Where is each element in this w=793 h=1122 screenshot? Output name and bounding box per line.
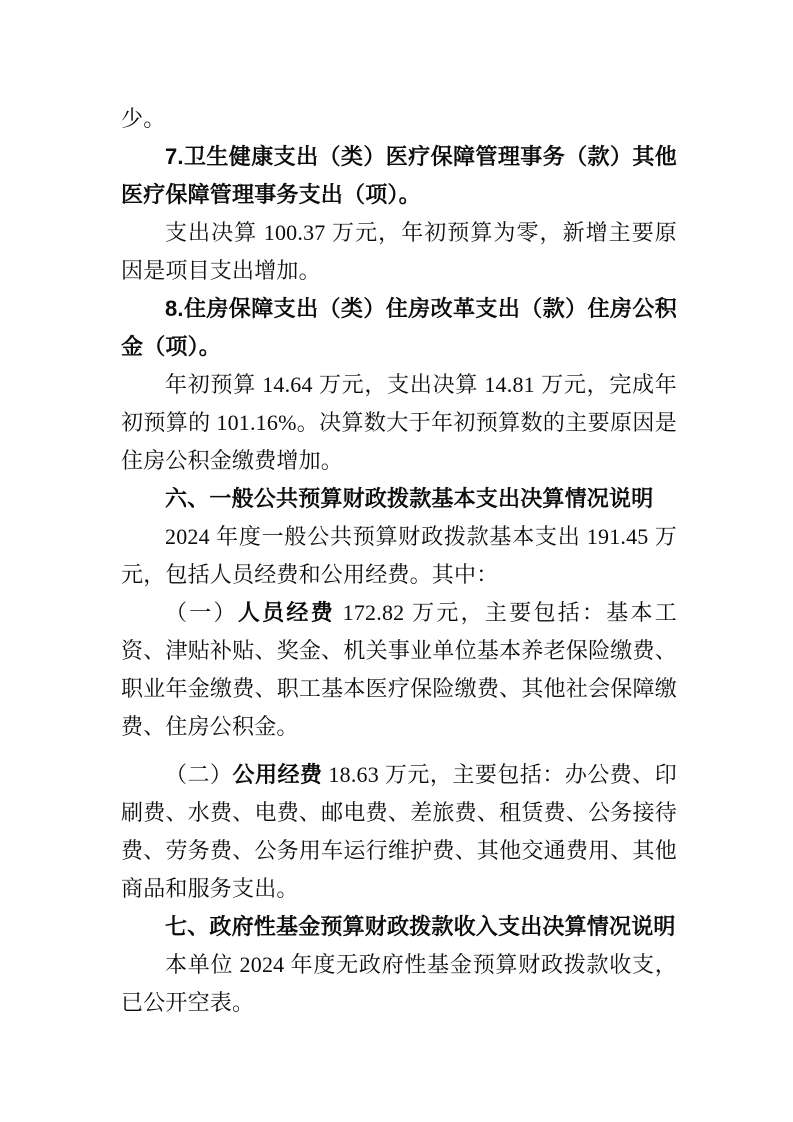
text-run-bold: 人员经费 <box>238 600 335 625</box>
text-run: （一） <box>165 600 238 625</box>
text-run: 2024 年度一般公共预算财政拨款基本支出 191.45 万元，包括人员经费和公… <box>121 524 677 587</box>
text-run: 支出决算 100.37 万元，年初预算为零，新增主要原因是项目支出增加。 <box>121 220 677 283</box>
paragraph-item-8-detail: 年初预算 14.64 万元，支出决算 14.81 万元，完成年初预算的 101.… <box>121 366 677 480</box>
text-run: 六、一般公共预算财政拨款基本支出决算情况说明 <box>165 486 653 511</box>
text-run: 七、政府性基金预算财政拨款收入支出决算情况说明 <box>165 914 676 939</box>
text-run: 年初预算 14.64 万元，支出决算 14.81 万元，完成年初预算的 101.… <box>121 372 677 473</box>
heading-item-7: 7.卫生健康支出（类）医疗保障管理事务（款）其他医疗保障管理事务支出（项）。 <box>121 138 677 214</box>
paragraph-item-7-detail: 支出决算 100.37 万元，年初预算为零，新增主要原因是项目支出增加。 <box>121 214 677 290</box>
paragraph-personnel-expense: （一）人员经费 172.82 万元，主要包括：基本工资、津贴补贴、奖金、机关事业… <box>121 594 677 746</box>
paragraph-section-7-detail: 本单位 2024 年度无政府性基金预算财政拨款收支，已公开空表。 <box>121 946 677 1022</box>
paragraph-continuation-tail: 少。 <box>121 100 677 138</box>
paragraph-public-expense: （二）公用经费 18.63 万元，主要包括：办公费、印刷费、水费、电费、邮电费、… <box>121 756 677 908</box>
text-run: 8.住房保障支出（类）住房改革支出（款）住房公积金（项）。 <box>121 296 677 359</box>
text-run: 本单位 2024 年度无政府性基金预算财政拨款收支，已公开空表。 <box>121 952 677 1015</box>
document-page: 少。 7.卫生健康支出（类）医疗保障管理事务（款）其他医疗保障管理事务支出（项）… <box>0 0 793 1122</box>
text-run: 少。 <box>121 106 165 131</box>
heading-section-6: 六、一般公共预算财政拨款基本支出决算情况说明 <box>121 480 677 518</box>
text-run-bold: 公用经费 <box>232 762 322 787</box>
paragraph-section-6-total: 2024 年度一般公共预算财政拨款基本支出 191.45 万元，包括人员经费和公… <box>121 518 677 594</box>
text-run: 7.卫生健康支出（类）医疗保障管理事务（款）其他医疗保障管理事务支出（项）。 <box>121 144 677 207</box>
heading-item-8: 8.住房保障支出（类）住房改革支出（款）住房公积金（项）。 <box>121 290 677 366</box>
text-run: （二） <box>165 762 232 787</box>
heading-section-7: 七、政府性基金预算财政拨款收入支出决算情况说明 <box>121 908 677 946</box>
document-body: 少。 7.卫生健康支出（类）医疗保障管理事务（款）其他医疗保障管理事务支出（项）… <box>121 100 677 1022</box>
